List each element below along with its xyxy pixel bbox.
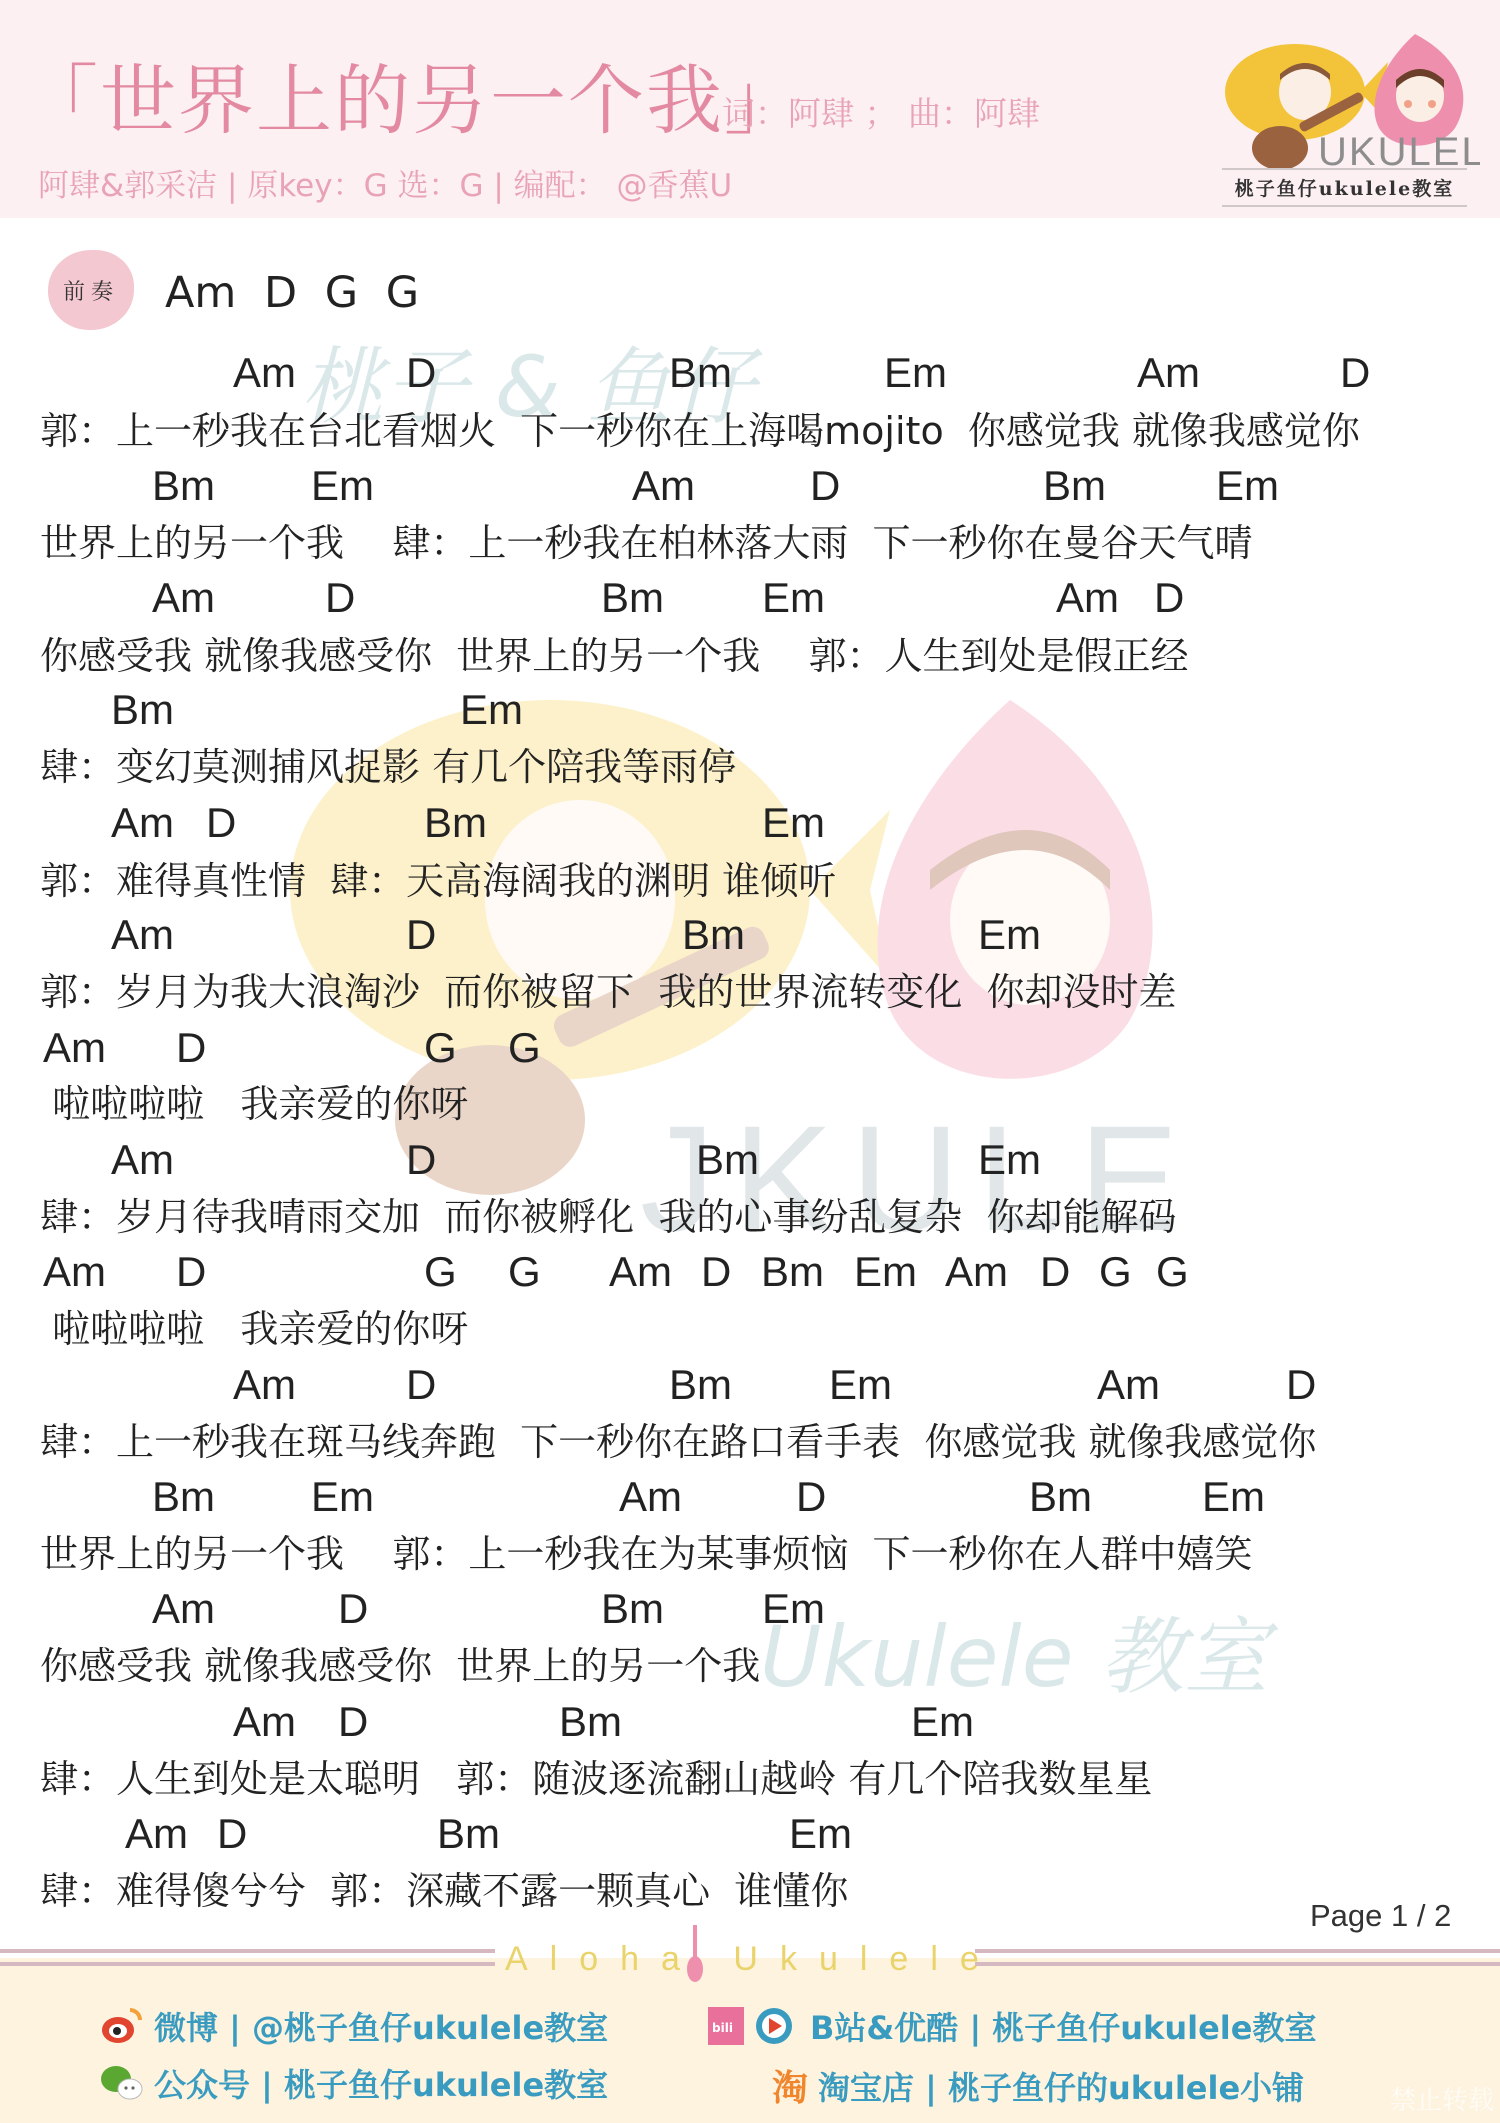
chord-label: Bm <box>601 577 664 619</box>
divider-line-left-top <box>0 1949 495 1953</box>
song-meta-line: 阿肆&郭采洁 | 原key：G 选：G | 编配： @香蕉U <box>38 160 732 205</box>
chord-label: Am <box>125 1813 188 1855</box>
chord-label: Em <box>911 1701 974 1743</box>
chord-label: Em <box>978 1139 1041 1181</box>
intro-chords: Am D G G <box>165 268 419 318</box>
chord-label: Em <box>884 352 947 394</box>
chord-label: Em <box>978 914 1041 956</box>
lyric-line: 啦啦啦啦 我亲爱的你呀 <box>40 1085 468 1123</box>
chord-label: Am <box>632 465 695 507</box>
chord-label: D <box>176 1027 206 1069</box>
lyric-line: 肆：变幻莫测捕风捉影 有几个陪我等雨停 <box>40 748 736 786</box>
wechat-label: 公众号 | 桃子鱼仔ukulele教室 <box>154 2060 608 2106</box>
chord-label: Bm <box>1029 1476 1092 1518</box>
chord-label: Em <box>762 802 825 844</box>
taobao-link[interactable]: 淘 淘宝店 | 桃子鱼仔的ukulele小铺 <box>772 2060 1304 2111</box>
chord-label: Bm <box>559 1701 622 1743</box>
chord-label: G <box>1156 1251 1189 1293</box>
taobao-label: 淘宝店 | 桃子鱼仔的ukulele小铺 <box>818 2063 1304 2109</box>
lyric-line: 肆：上一秒我在斑马线奔跑 下一秒你在路口看手表 你感觉我 就像我感觉你 <box>40 1423 1316 1461</box>
chord-label: Am <box>152 577 215 619</box>
chord-label: Bm <box>696 1139 759 1181</box>
song-credits: 词：阿肆 ； 曲：阿肆 <box>722 88 1040 135</box>
chord-label: Bm <box>437 1813 500 1855</box>
chord-label: D <box>810 465 840 507</box>
divider-line-right-top <box>975 1949 1500 1953</box>
chord-label: Am <box>111 914 174 956</box>
svg-text:bili: bili <box>712 2021 733 2035</box>
lyric-line: 郭：难得真性情 肆：天高海阔我的渊明 谁倾听 <box>40 862 836 900</box>
chord-label: Bm <box>424 802 487 844</box>
lyric-line: 肆：难得傻兮兮 郭：深藏不露一颗真心 谁懂你 <box>40 1872 848 1910</box>
chord-label: Am <box>111 1139 174 1181</box>
weibo-label: 微博 | @桃子鱼仔ukulele教室 <box>154 2003 608 2049</box>
no-repost-mark: 禁止转载 <box>1390 2080 1494 2117</box>
logo-caption: 桃子鱼仔ukulele教室 <box>1222 168 1467 207</box>
chord-label: Am <box>233 1701 296 1743</box>
chord-label: G <box>1099 1251 1132 1293</box>
chord-label: Bm <box>111 689 174 731</box>
chord-label: G <box>508 1027 541 1069</box>
chord-label: D <box>701 1251 731 1293</box>
aloha-ukulele-banner: Aloha Ukulele <box>505 1940 965 1979</box>
chord-label: D <box>406 1139 436 1181</box>
chord-label: Am <box>43 1027 106 1069</box>
chord-label: Am <box>152 1588 215 1630</box>
chord-label: Am <box>111 802 174 844</box>
wechat-icon <box>100 2063 144 2103</box>
chord-label: Em <box>311 1476 374 1518</box>
bilibili-youku-icon: bili <box>708 2005 800 2047</box>
chord-label: Bm <box>601 1588 664 1630</box>
divider-line-left-bottom <box>0 1962 495 1966</box>
chord-label: Am <box>619 1476 682 1518</box>
lyric-line: 世界上的另一个我 肆：上一秒我在柏林落大雨 下一秒你在曼谷天气晴 <box>40 524 1252 562</box>
watermark-text-bottom: Ukulele 教室 <box>760 1590 1268 1711</box>
chord-label: Bm <box>152 1476 215 1518</box>
chord-label: Em <box>762 1588 825 1630</box>
chord-label: D <box>1154 577 1184 619</box>
chord-label: D <box>217 1813 247 1855</box>
wechat-link[interactable]: 公众号 | 桃子鱼仔ukulele教室 <box>100 2060 608 2106</box>
chord-label: D <box>1340 352 1370 394</box>
chord-label: Em <box>311 465 374 507</box>
chord-label: Am <box>1097 1364 1160 1406</box>
lyric-line: 啦啦啦啦 我亲爱的你呀 <box>40 1310 468 1348</box>
chord-label: Bm <box>682 914 745 956</box>
chord-label: G <box>424 1251 457 1293</box>
chord-label: D <box>406 352 436 394</box>
chord-label: D <box>406 1364 436 1406</box>
page-indicator: Page 1 / 2 <box>1310 1898 1451 1934</box>
bilibili-youku-link[interactable]: bili B站&优酷 | 桃子鱼仔ukulele教室 <box>708 2003 1316 2049</box>
chord-label: D <box>206 802 236 844</box>
chord-label: Em <box>762 577 825 619</box>
chord-label: D <box>176 1251 206 1293</box>
lyric-line: 郭：上一秒我在台北看烟火 下一秒你在上海喝mojito 你感觉我 就像我感觉你 <box>40 412 1360 450</box>
chord-label: Bm <box>1043 465 1106 507</box>
chord-label: Am <box>945 1251 1008 1293</box>
weibo-link[interactable]: 微博 | @桃子鱼仔ukulele教室 <box>100 2003 608 2049</box>
lyric-line: 郭：岁月为我大浪淘沙 而你被留下 我的世界流转变化 你却没时差 <box>40 973 1176 1011</box>
chord-label: Am <box>1137 352 1200 394</box>
bilibili-youku-label: B站&优酷 | 桃子鱼仔ukulele教室 <box>810 2003 1316 2049</box>
chord-label: Bm <box>761 1251 824 1293</box>
ukulele-icon <box>686 1925 704 1983</box>
chord-label: Am <box>609 1251 672 1293</box>
chord-label: Em <box>460 689 523 731</box>
chord-label: Am <box>233 1364 296 1406</box>
chord-label: Em <box>789 1813 852 1855</box>
chord-label: Bm <box>669 352 732 394</box>
chord-label: D <box>1040 1251 1070 1293</box>
lyric-line: 世界上的另一个我 郭：上一秒我在为某事烦恼 下一秒你在人群中嬉笑 <box>40 1535 1252 1573</box>
chord-label: G <box>424 1027 457 1069</box>
chord-label: D <box>406 914 436 956</box>
chord-label: Em <box>1216 465 1279 507</box>
chord-label: Am <box>1056 577 1119 619</box>
lyric-line: 肆：岁月待我晴雨交加 而你被孵化 我的心事纷乱复杂 你却能解码 <box>40 1198 1176 1236</box>
chord-label: D <box>338 1701 368 1743</box>
intro-badge: 前奏 <box>48 250 134 330</box>
chord-label: Em <box>829 1364 892 1406</box>
chord-label: Bm <box>152 465 215 507</box>
chord-label: D <box>325 577 355 619</box>
song-title: 「世界上的另一个我」 <box>22 40 802 149</box>
lyric-line: 你感受我 就像我感受你 世界上的另一个我 <box>40 1647 760 1685</box>
chord-label: D <box>338 1588 368 1630</box>
chord-label: Em <box>854 1251 917 1293</box>
chord-label: Am <box>233 352 296 394</box>
taobao-icon: 淘 <box>772 2060 808 2111</box>
chord-label: Bm <box>669 1364 732 1406</box>
chord-label: Am <box>43 1251 106 1293</box>
lyric-line: 肆：人生到处是太聪明 郭：随波逐流翻山越岭 有几个陪我数星星 <box>40 1760 1152 1798</box>
chord-label: D <box>796 1476 826 1518</box>
weibo-icon <box>100 2006 144 2046</box>
divider-line-right-bottom <box>975 1962 1500 1966</box>
chord-label: G <box>508 1251 541 1293</box>
chord-label: Em <box>1202 1476 1265 1518</box>
chord-label: D <box>1286 1364 1316 1406</box>
lyric-line: 你感受我 就像我感受你 世界上的另一个我 郭：人生到处是假正经 <box>40 637 1189 675</box>
